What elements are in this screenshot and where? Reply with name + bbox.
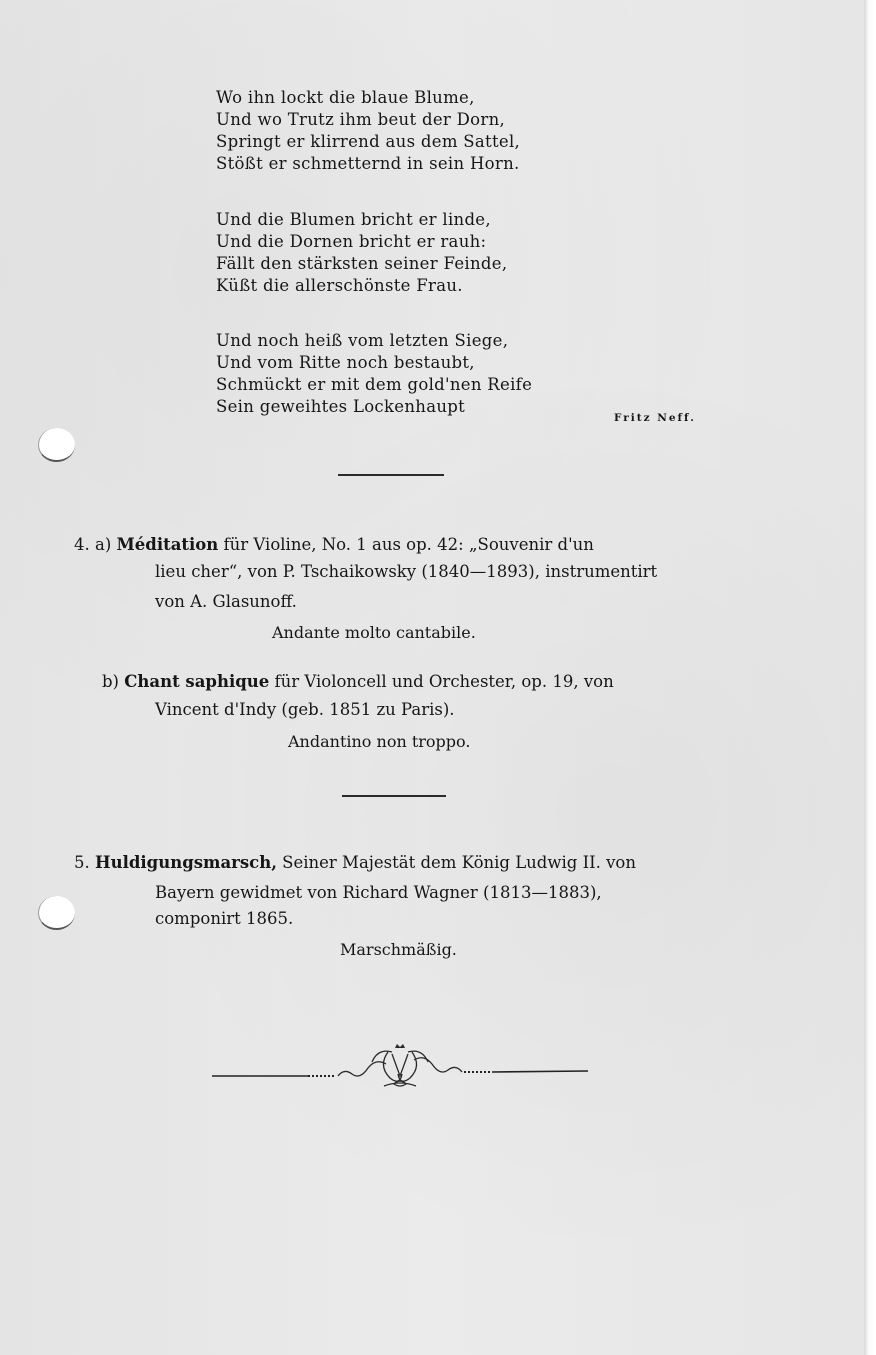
tempo-marking-4a: Andante molto cantabile.: [272, 623, 476, 642]
section-divider: [342, 795, 446, 797]
poem-line: Und die Dornen bricht er rauh:: [216, 231, 507, 253]
item-text: Seiner Majestät dem König Ludwig II. von: [277, 853, 636, 872]
program-item-4a-line3: von A. Glasunoff.: [155, 589, 297, 614]
item-text: für Violoncell und Orchester, op. 19, vo…: [269, 672, 613, 691]
item-title: Méditation: [117, 535, 219, 554]
program-item-4b: b) Chant saphique für Violoncell und Orc…: [102, 669, 614, 694]
poem-line: Fällt den stärksten seiner Feinde,: [216, 253, 507, 275]
poem-line: Und die Blumen bricht er linde,: [216, 209, 507, 231]
section-divider: [338, 474, 444, 476]
poem-line: Schmückt er mit dem gold'nen Reife: [216, 374, 532, 396]
punch-hole-upper: [38, 428, 75, 462]
item-sublabel: a): [95, 535, 111, 554]
poem-line: Und vom Ritte noch bestaubt,: [216, 352, 532, 374]
poem-line: Stößt er schmetternd in sein Horn.: [216, 153, 520, 175]
scan-edge: [864, 0, 876, 1355]
tempo-marking-5: Marschmäßig.: [340, 940, 457, 959]
poem-line: Und noch heiß vom letzten Siege,: [216, 330, 532, 352]
item-number: 5.: [74, 853, 90, 872]
item-number: 4.: [74, 535, 90, 554]
item-title: Chant saphique: [124, 672, 269, 691]
poem-stanza-1: Wo ihn lockt die blaue Blume, Und wo Tru…: [216, 87, 520, 175]
poem-line: Und wo Trutz ihm beut der Dorn,: [216, 109, 520, 131]
punch-hole-lower: [38, 896, 75, 930]
poem-line: Wo ihn lockt die blaue Blume,: [216, 87, 520, 109]
poem-line: Springt er klirrend aus dem Sattel,: [216, 131, 520, 153]
program-item-4a-line2: lieu cher“, von P. Tschaikowsky (1840—18…: [155, 559, 657, 584]
lyre-flourish-icon: [212, 1040, 588, 1090]
poem-author: Fritz Neff.: [614, 412, 696, 424]
poem-line: Küßt die allerschönste Frau.: [216, 275, 507, 297]
poem-stanza-2: Und die Blumen bricht er linde, Und die …: [216, 209, 507, 297]
program-item-4a: 4. a) Méditation für Violine, No. 1 aus …: [74, 532, 594, 557]
poem-stanza-3: Und noch heiß vom letzten Siege, Und vom…: [216, 330, 532, 418]
item-text: für Violine, No. 1 aus op. 42: „Souvenir…: [218, 535, 594, 554]
program-item-4b-line2: Vincent d'Indy (geb. 1851 zu Paris).: [155, 697, 455, 722]
poem-line: Sein geweihtes Lockenhaupt: [216, 396, 532, 418]
program-item-5: 5. Huldigungsmarsch, Seiner Majestät dem…: [74, 850, 636, 875]
program-item-5-line2: Bayern gewidmet von Richard Wagner (1813…: [155, 880, 602, 905]
program-item-5-line3: componirt 1865.: [155, 906, 293, 931]
program-page: Wo ihn lockt die blaue Blume, Und wo Tru…: [0, 0, 864, 1355]
item-title: Huldigungsmarsch,: [95, 853, 277, 872]
item-sublabel: b): [102, 672, 119, 691]
tempo-marking-4b: Andantino non troppo.: [288, 732, 470, 751]
